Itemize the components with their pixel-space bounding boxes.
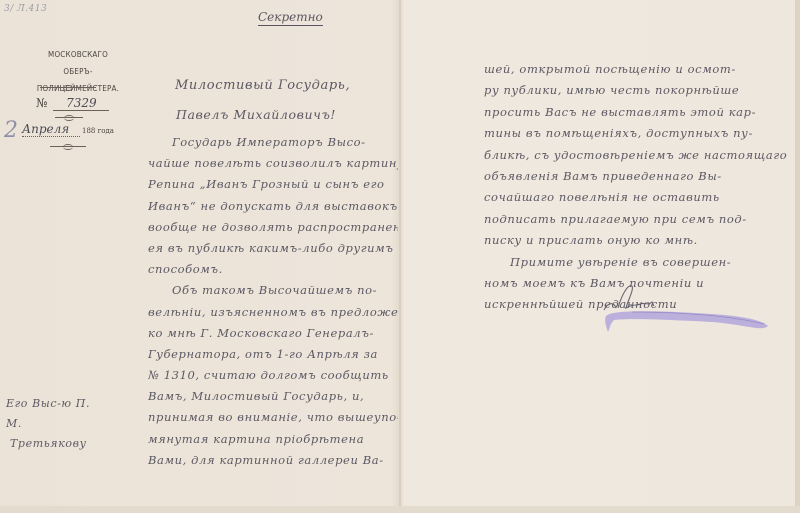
addressee-line-2: Третьякову	[6, 434, 106, 454]
salutation-line-2: Павелъ Михайловичъ!	[176, 107, 336, 122]
document-scan: 3/ Л.413 МОСКОВСКАГО ОБЕРЪ-ПОЛИЦЕЙМЕЙСТЕ…	[0, 0, 800, 513]
text-line: просить Васъ не выставлять этой кар-	[484, 105, 789, 126]
document-date: 2Апреля188 года	[4, 118, 114, 143]
classification-heading: Секретно	[258, 10, 323, 26]
text-line: шей, открытой посѣщенію и осмот-	[484, 62, 789, 83]
addressee-line-1: Его Выс-ю П. М.	[6, 394, 106, 434]
text-line: вообще не дозволять распространенія	[148, 220, 398, 241]
text-line: Репина „Иванъ Грозный и сынъ его	[148, 177, 398, 198]
text-line: Объ такомъ Высочайшемъ по-	[148, 283, 398, 304]
text-line: Вами, для картинной галлереи Ва-	[148, 453, 398, 474]
date-month: Апреля	[22, 122, 80, 137]
letterhead-line-2: ОБЕРЪ-ПОЛИЦЕЙМЕЙСТЕРА.	[28, 63, 128, 97]
date-day: 2	[4, 118, 18, 143]
left-page-body: Государь Императоръ Высо- чайше повелѣть…	[148, 135, 398, 474]
text-line: Губернатора, отъ 1-го Апрѣля за	[148, 347, 398, 368]
text-line: чайше повелѣть соизволилъ картину	[148, 156, 398, 177]
document-number: №7329	[36, 96, 109, 111]
text-line: велѣніи, изъясненномъ въ предложеніи	[148, 305, 398, 326]
archive-mark: 3/ Л.413	[4, 4, 47, 14]
page-fold	[399, 0, 401, 513]
text-line: Примите увѣреніе въ совершен-	[484, 255, 789, 276]
letterhead: МОСКОВСКАГО ОБЕРЪ-ПОЛИЦЕЙМЕЙСТЕРА.	[28, 46, 128, 97]
salutation-line-1: Милостивый Государь,	[175, 78, 350, 93]
paper-edge	[795, 0, 800, 513]
number-label: №	[36, 96, 47, 110]
text-line: Государь Императоръ Высо-	[148, 135, 398, 156]
text-line: Иванъ“ не допускать для выставокъ и	[148, 199, 398, 220]
ornament-divider	[50, 146, 86, 147]
signature	[592, 280, 772, 340]
number-value: 7329	[53, 96, 109, 111]
paper-bottom-edge	[0, 506, 800, 513]
text-line: мянутая картина пріобрѣтена	[148, 432, 398, 453]
text-line: способомъ.	[148, 262, 398, 283]
text-line: ру публики, имѣю честь покорнѣйше	[484, 83, 789, 104]
text-line: № 1310, считаю долгомъ сообщить	[148, 368, 398, 389]
ornament-divider	[40, 87, 96, 88]
text-line: ея въ публикѣ какимъ-либо другимъ	[148, 241, 398, 262]
text-line: писку и прислать оную ко мнѣ.	[484, 233, 789, 254]
date-year: 188 года	[82, 127, 114, 135]
text-line: бликѣ, съ удостовѣреніемъ же настоящаго	[484, 148, 789, 169]
addressee: Его Выс-ю П. М. Третьякову	[6, 394, 106, 454]
text-line: объявленія Вамъ приведеннаго Вы-	[484, 169, 789, 190]
text-line: подписать прилагаемую при семъ под-	[484, 212, 789, 233]
text-line: принимая во вниманіе, что вышеупо-	[148, 410, 398, 431]
text-line: ко мнѣ Г. Московскаго Генералъ-	[148, 326, 398, 347]
text-line: тины въ помѣщеніяхъ, доступныхъ пу-	[484, 126, 789, 147]
text-line: Вамъ, Милостивый Государь, и,	[148, 389, 398, 410]
letterhead-line-1: МОСКОВСКАГО	[28, 46, 128, 63]
signature-flourish-icon	[592, 280, 772, 340]
text-line: сочайшаго повелѣнія не оставить	[484, 190, 789, 211]
